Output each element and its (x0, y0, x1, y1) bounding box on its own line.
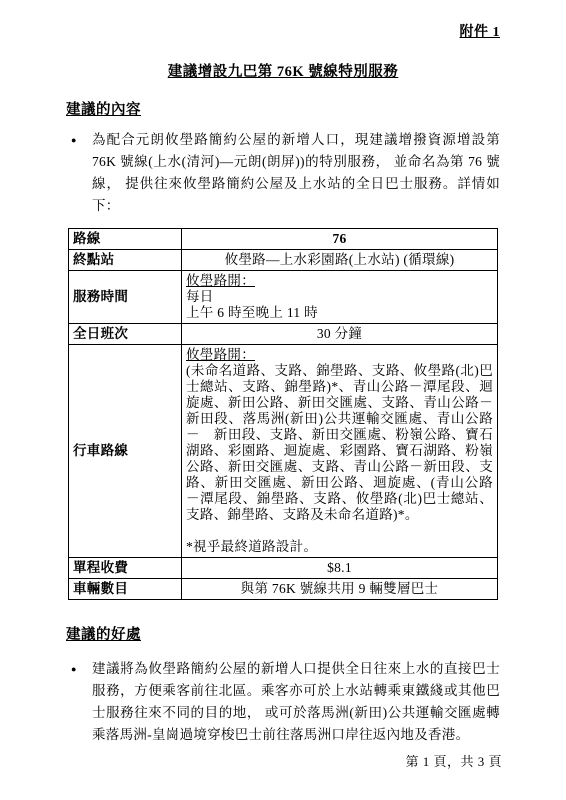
row-value: 攸壆路開： (未命名道路、支路、錦壆路、支路、攸壆路(北)巴士總站、支路、錦壆路… (182, 345, 498, 558)
route-details-table: 路線 76 終點站 攸壆路—上水彩園路(上水站) (循環線) 服務時間 攸壆路開… (68, 228, 498, 600)
row-value: 攸壆路—上水彩園路(上水站) (循環線) (182, 250, 498, 271)
proposal-bullet-text: 為配合元朗攸壆路簡約公屋的新增人口，現建議增撥資源增設第 76K 號線(上水(清… (92, 129, 500, 217)
routing-note: *視乎最終道路設計。 (186, 539, 493, 555)
attachment-label-text: 附件 1 (460, 25, 501, 40)
row-value: 30 分鐘 (182, 324, 498, 345)
row-label: 服務時間 (69, 271, 182, 324)
row-value: 攸壆路開： 每日 上午 6 時至晚上 11 時 (182, 271, 498, 324)
routing-description: (未命名道路、支路、錦壆路、支路、攸壆路(北)巴士總站、支路、錦壆路)*、青山公… (186, 363, 493, 523)
routing-origin-heading: 攸壆路開： (186, 347, 493, 363)
section-heading-proposal: 建議的內容 (66, 101, 500, 119)
row-value: 76 (182, 229, 498, 250)
table-row-route: 路線 76 (69, 229, 498, 250)
table-row-routing: 行車路線 攸壆路開： (未命名道路、支路、錦壆路、支路、攸壆路(北)巴士總站、支… (69, 345, 498, 558)
proposal-bullet-item: ● 為配合元朗攸壆路簡約公屋的新增人口，現建議增撥資源增設第 76K 號線(上水… (66, 129, 500, 217)
section-heading-benefits: 建議的好處 (66, 626, 500, 644)
row-label: 車輛數目 (69, 579, 182, 600)
benefits-bullet-item: ● 建議將為攸壆路簡約公屋的新增人口提供全日往來上水的直接巴士服務，方便乘客前往… (66, 658, 500, 746)
document-page: 附件 1 建議增設九巴第 76K 號線特別服務 建議的內容 ● 為配合元朗攸壆路… (0, 0, 566, 800)
row-label: 單程收費 (69, 558, 182, 579)
row-value: $8.1 (182, 558, 498, 579)
section-heading-proposal-text: 建議的內容 (66, 102, 141, 118)
bullet-icon: ● (71, 658, 92, 746)
service-hours-origin-heading: 攸壆路開： (186, 273, 493, 289)
bullet-icon: ● (71, 129, 92, 217)
attachment-label: 附件 1 (66, 24, 500, 41)
document-title-text: 建議增設九巴第 76K 號線特別服務 (168, 64, 399, 80)
section-heading-benefits-text: 建議的好處 (66, 627, 141, 643)
row-value: 與第 76K 號線共用 9 輛雙層巴士 (182, 579, 498, 600)
benefits-bullet-text: 建議將為攸壆路簡約公屋的新增人口提供全日往來上水的直接巴士服務，方便乘客前往北區… (92, 658, 500, 746)
service-hours-times: 上午 6 時至晚上 11 時 (186, 305, 493, 321)
row-label: 行車路線 (69, 345, 182, 558)
row-label: 全日班次 (69, 324, 182, 345)
page-footer: 第 1 頁，共 3 頁 (405, 751, 502, 770)
row-label: 路線 (69, 229, 182, 250)
table-row-service-hours: 服務時間 攸壆路開： 每日 上午 6 時至晚上 11 時 (69, 271, 498, 324)
table-row-frequency: 全日班次 30 分鐘 (69, 324, 498, 345)
table-row-terminus: 終點站 攸壆路—上水彩園路(上水站) (循環線) (69, 250, 498, 271)
table-row-fleet: 車輛數目 與第 76K 號線共用 9 輛雙層巴士 (69, 579, 498, 600)
table-row-fare: 單程收費 $8.1 (69, 558, 498, 579)
document-title: 建議增設九巴第 76K 號線特別服務 (66, 63, 500, 81)
row-label: 終點站 (69, 250, 182, 271)
service-hours-days: 每日 (186, 289, 493, 305)
